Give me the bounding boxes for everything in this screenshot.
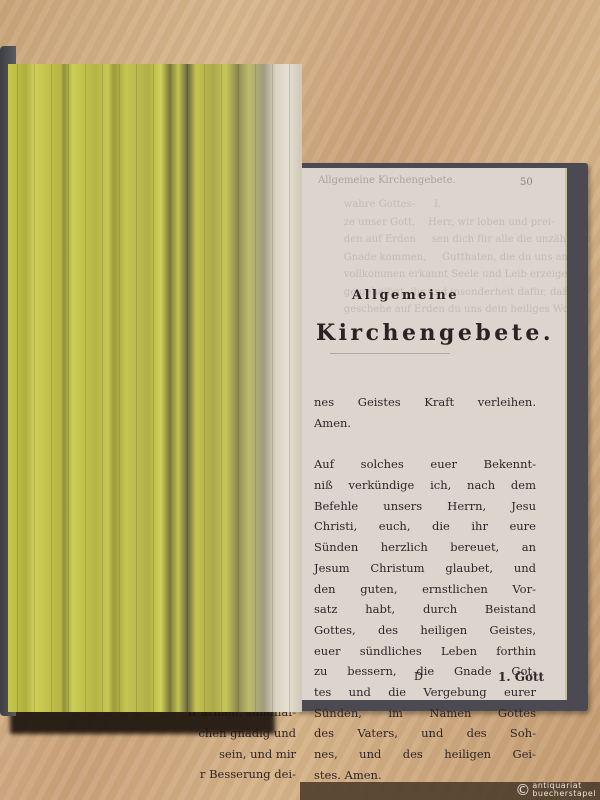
catchword: 1. Gott	[498, 670, 544, 684]
running-header: Allgemeine Kirchengebete.	[318, 175, 456, 186]
text-line: tes und die Vergebung eurer	[314, 682, 536, 703]
text-line: Befehle unsers Herrn, Jesu	[314, 496, 536, 517]
text-line: euer sündliches Leben forthin	[314, 641, 536, 662]
text-line: Christi, euch, die ihr eure	[314, 516, 536, 537]
yellow-page-edges-block	[8, 64, 302, 712]
text-line: Amen.	[314, 413, 536, 434]
paragraph-gap	[314, 433, 536, 454]
text-line: Jesum Christum glaubet, und	[314, 558, 536, 579]
title-divider	[330, 353, 450, 354]
text-line: nes, und des heiligen Gei-	[314, 744, 536, 765]
text-line: Sünden herzlich bereuet, an	[314, 537, 536, 558]
signature-mark: D	[414, 670, 423, 683]
text-line: Sünden, im Namen Gottes	[314, 703, 536, 724]
text-line: Auf solches euer Bekennt-	[314, 454, 536, 475]
copyright-icon: ©	[515, 782, 530, 798]
watermark-logo: © antiquariat buecherstapel	[515, 782, 596, 798]
watermark-line-2: buecherstapel	[532, 790, 596, 798]
right-text-column: nes Geistes Kraft verleihen. Amen. Auf s…	[314, 392, 536, 785]
watermark-band: © antiquariat buecherstapel	[300, 782, 600, 800]
text-line: satz habt, durch Beistand	[314, 599, 536, 620]
title-line-2: Kirchengebete.	[316, 320, 554, 346]
page-number: 50	[520, 177, 533, 188]
text-line: Gottes, des heiligen Geistes,	[314, 620, 536, 641]
title-line-1: Allgemeine	[352, 288, 459, 303]
text-line: nes Geistes Kraft verleihen.	[314, 392, 536, 413]
text-line: den guten, ernstlichen Vor-	[314, 579, 536, 600]
text-line: des Vaters, und des Soh-	[314, 723, 536, 744]
text-line: niß verkündige ich, nach dem	[314, 475, 536, 496]
